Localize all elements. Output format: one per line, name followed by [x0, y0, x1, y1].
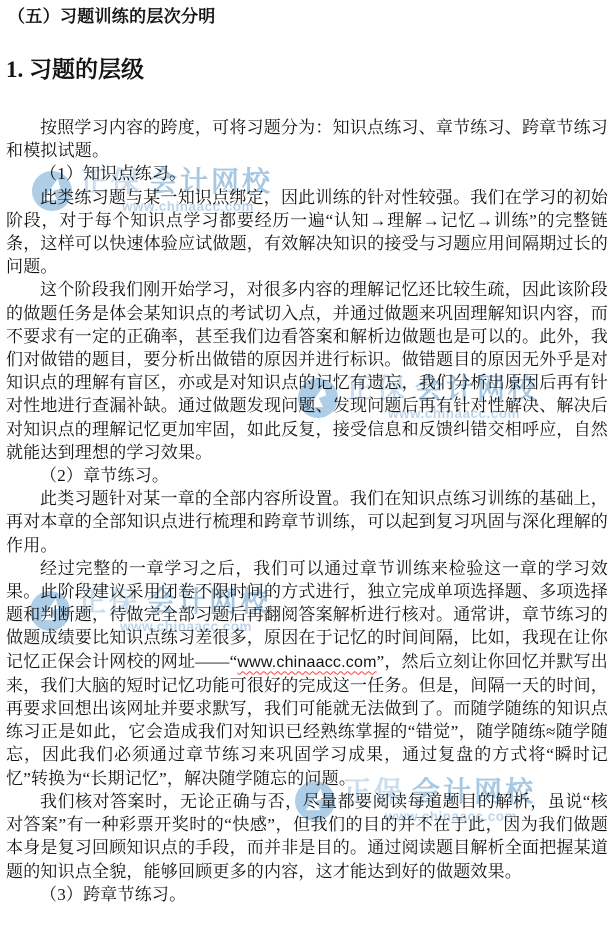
document-title: （五）习题训练的层次分明 [8, 5, 608, 28]
item-2-label: （2）章节练习。 [6, 464, 608, 487]
item-2-paragraph-3: 我们核对答案时，无论正确与否，尽量都要阅读每道题目的解析，虽说“核对答案”有一种… [6, 790, 608, 883]
spellchecked-url-text: www.chinaacc.com [237, 654, 376, 671]
text-run: （1）知识点练习。 [40, 164, 186, 183]
item-1-label: （1）知识点练习。 [6, 162, 608, 185]
text-run: ”，然后立刻让你回忆并默写出来，我们大脑的短时记忆功能可很好的完成这一任务。但是… [6, 652, 608, 788]
text-run: 这个阶段我们刚开始学习，对很多内容的理解记忆还比较生疏，因此该阶段的做题任务是体… [6, 280, 608, 461]
text-run: 此类习题针对某一章的全部内容所设置。我们在知识点练习训练的基础上，再对本章的全部… [6, 489, 608, 554]
item-2-paragraph-1: 此类习题针对某一章的全部内容所设置。我们在知识点练习训练的基础上，再对本章的全部… [6, 487, 608, 557]
text-run: （3）跨章节练习。 [40, 885, 186, 904]
item-2-paragraph-2: 经过完整的一章学习之后，我们可以通过章节训练来检验这一章的学习效果。此阶段建议采… [6, 557, 608, 790]
section-heading: 1. 习题的层级 [6, 55, 608, 84]
item-3-label: （3）跨章节练习。 [6, 883, 608, 906]
item-1-paragraph-2: 这个阶段我们刚开始学习，对很多内容的理解记忆还比较生疏，因此该阶段的做题任务是体… [6, 278, 608, 464]
text-run: 我们核对答案时，无论正确与否，尽量都要阅读每道题目的解析，虽说“核对答案”有一种… [6, 792, 608, 881]
text-run: （2）章节练习。 [40, 466, 169, 485]
text-run: 按照学习内容的跨度，可将习题分为：知识点练习、章节练习、跨章节练习和模拟试题。 [6, 118, 608, 160]
document-page: 正保会计网校www.chinaacc.com正保会计网校www.chinaacc… [0, 0, 616, 932]
text-run: 此类练习题与某一知识点绑定，因此训练的针对性较强。我们在学习的初始阶段，对于每个… [6, 188, 608, 277]
intro-paragraph: 按照学习内容的跨度，可将习题分为：知识点练习、章节练习、跨章节练习和模拟试题。 [6, 116, 608, 162]
paragraph-container: 按照学习内容的跨度，可将习题分为：知识点练习、章节练习、跨章节练习和模拟试题。（… [6, 116, 608, 906]
document-content: （五）习题训练的层次分明 1. 习题的层级 按照学习内容的跨度，可将习题分为：知… [0, 0, 616, 906]
item-1-paragraph-1: 此类练习题与某一知识点绑定，因此训练的针对性较强。我们在学习的初始阶段，对于每个… [6, 186, 608, 279]
